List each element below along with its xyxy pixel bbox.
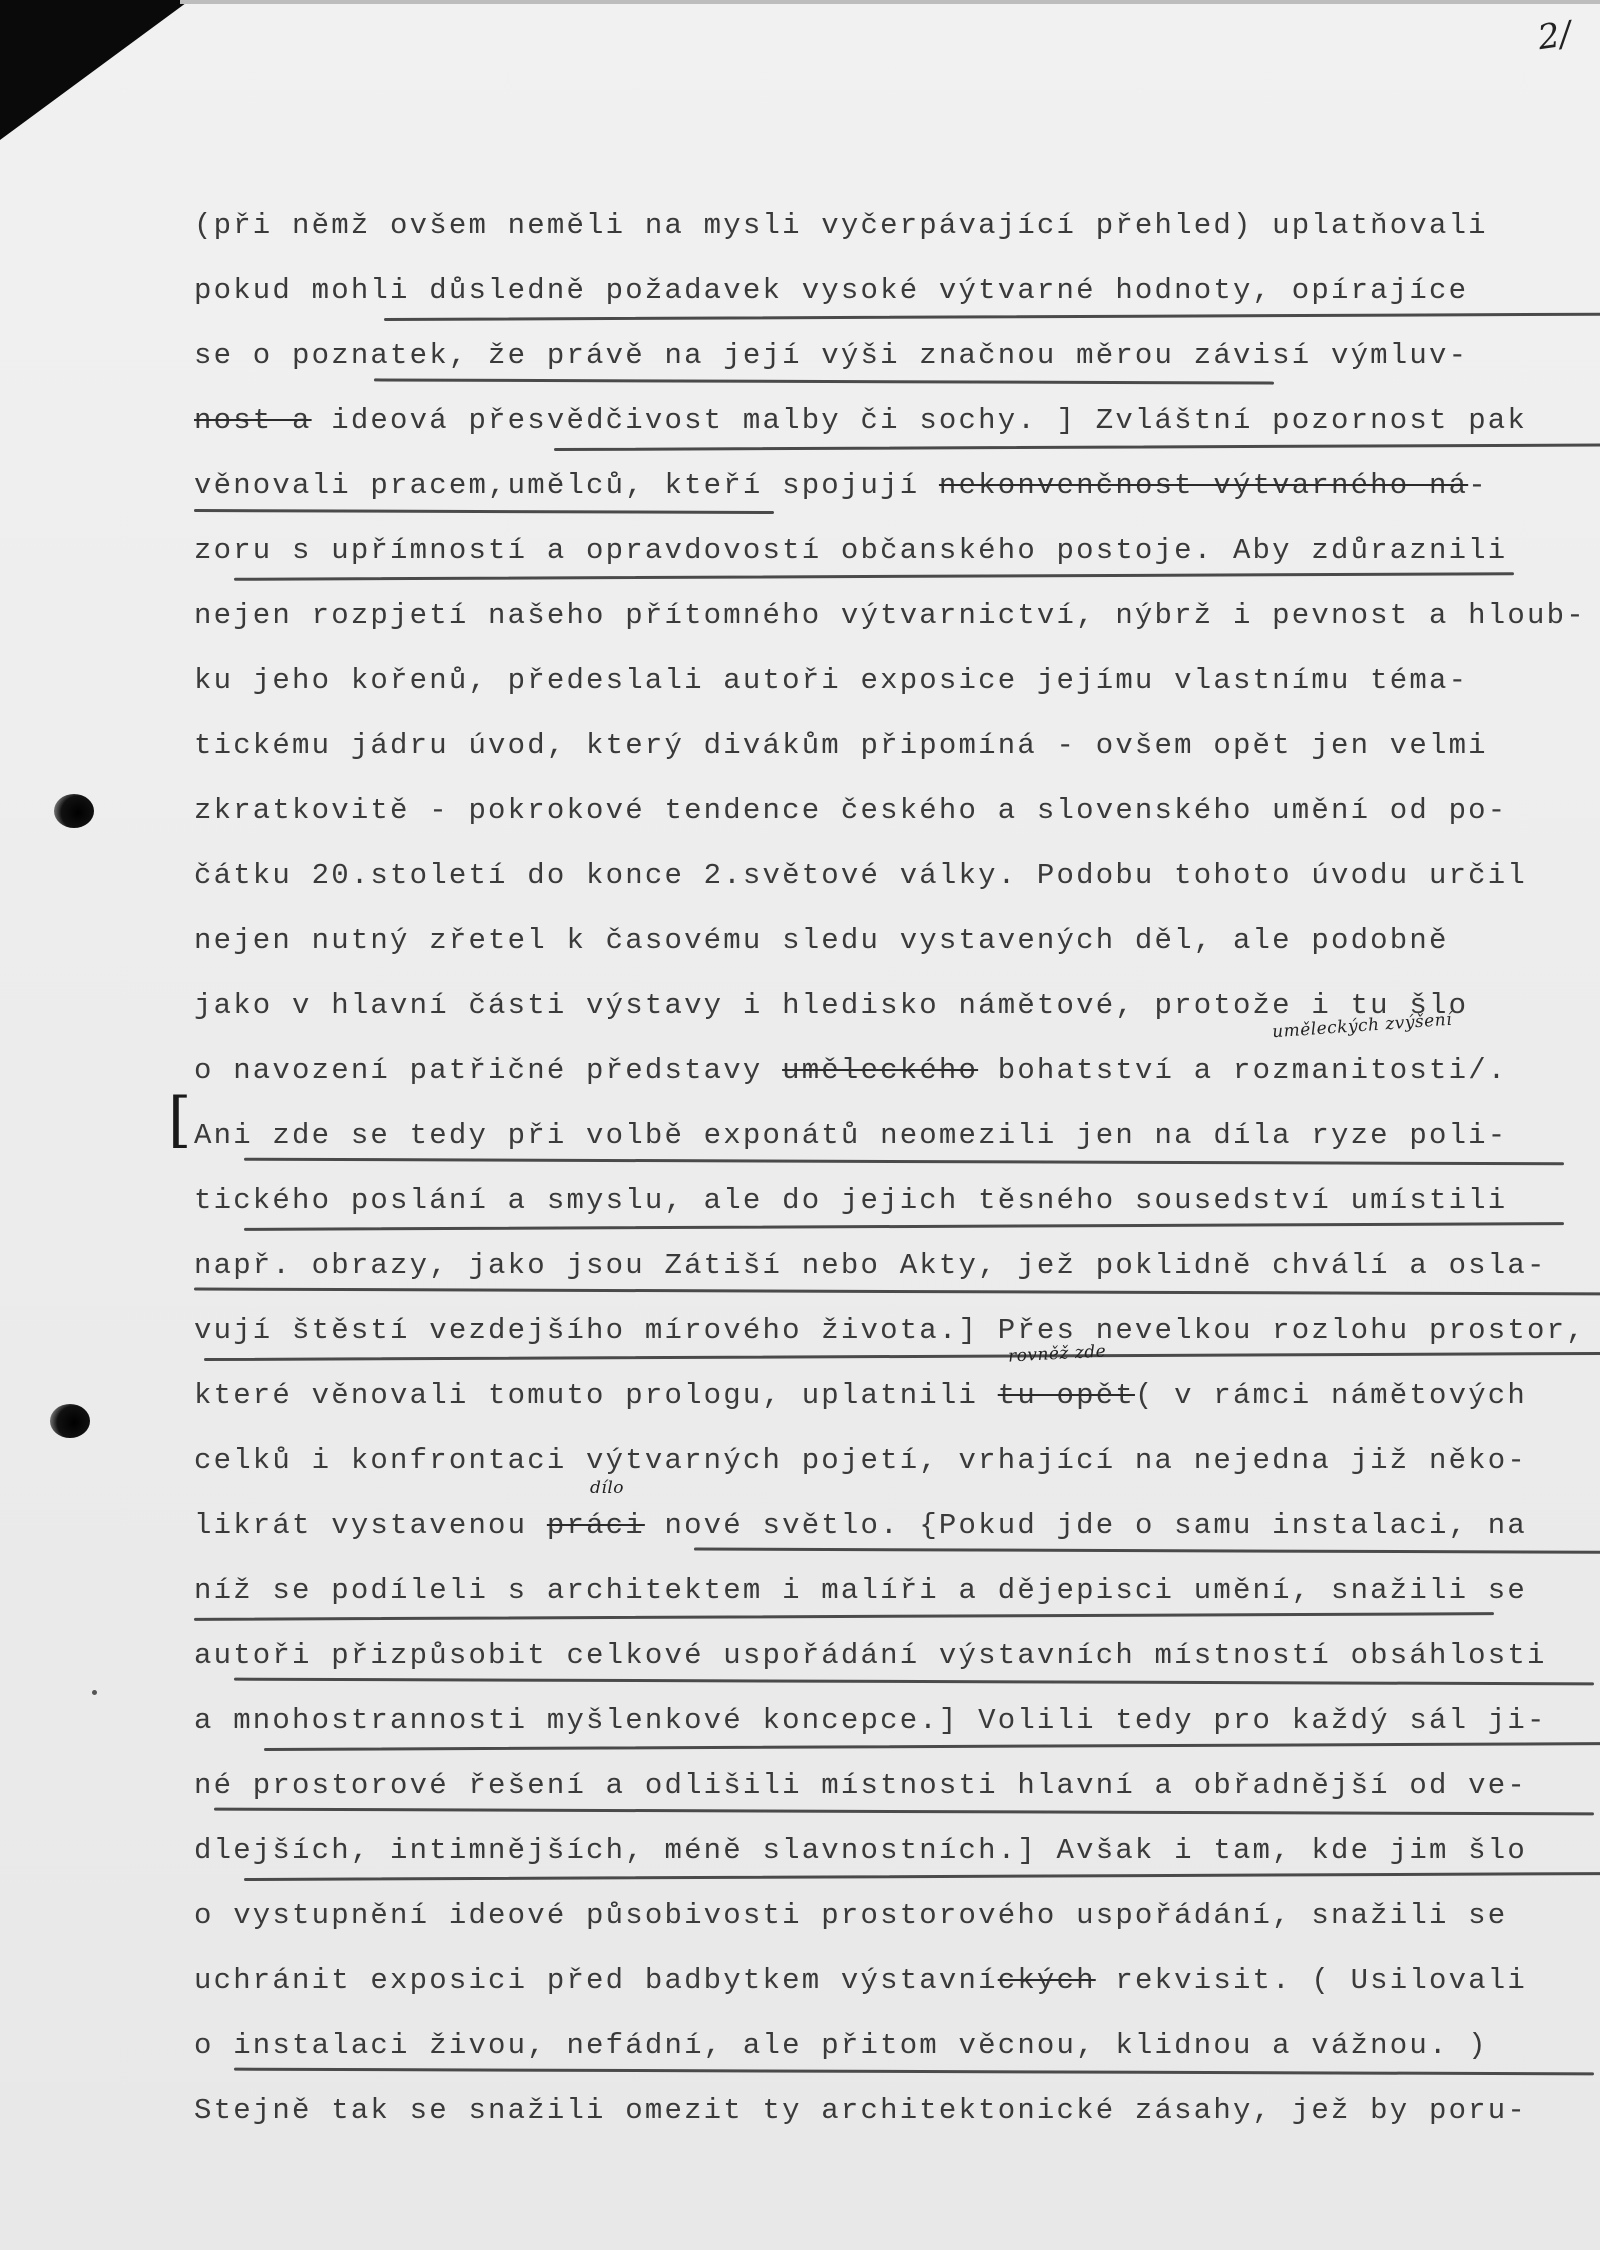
line-text: - bbox=[1468, 469, 1488, 502]
text-line: tického poslání a smyslu, ale do jejich … bbox=[194, 1175, 1594, 1240]
line-text: se o poznatek, že právě na její výši zna… bbox=[194, 339, 1468, 372]
line-text: Ani zde se tedy při volbě exponátů neome… bbox=[194, 1119, 1507, 1152]
line-text: vují štěstí vezdejšího mírového života.]… bbox=[194, 1314, 1586, 1347]
line-text: autoři přizpůsobit celkové uspořádání vý… bbox=[194, 1639, 1547, 1672]
bracket-open-icon: [ bbox=[168, 1098, 191, 1142]
line-text: a mnohostrannosti myšlenkové koncepce.] … bbox=[194, 1704, 1547, 1737]
struck-text: ckých bbox=[998, 1964, 1096, 1997]
line-text: né prostorové řešení a odlišili místnost… bbox=[194, 1769, 1527, 1802]
line-text: ( v rámci námětových bbox=[1135, 1379, 1527, 1412]
text-line: vují štěstí vezdejšího mírového života.]… bbox=[194, 1305, 1594, 1370]
line-text: (při němž ovšem neměli na mysli vyčerpáv… bbox=[194, 209, 1488, 242]
text-line: (při němž ovšem neměli na mysli vyčerpáv… bbox=[194, 200, 1594, 265]
line-text: Stejně tak se snažili omezit ty architek… bbox=[194, 2094, 1527, 2127]
punch-hole-icon bbox=[50, 1404, 90, 1438]
text-line: nejen rozpjetí našeho přítomného výtvarn… bbox=[194, 590, 1594, 655]
line-text: bohatství a rozmanitosti/. bbox=[978, 1054, 1507, 1087]
line-text: o vystupnění ideové působivosti prostoro… bbox=[194, 1899, 1507, 1932]
punch-hole-icon bbox=[54, 794, 94, 828]
text-line: o instalaci živou, nefádní, ale přitom v… bbox=[194, 2020, 1594, 2085]
text-line: které věnovali tomuto prologu, uplatnili… bbox=[194, 1370, 1594, 1435]
text-line: tickému jádru úvod, který divákům připom… bbox=[194, 720, 1594, 785]
text-line: celků i konfrontaci výtvarných pojetí, v… bbox=[194, 1435, 1594, 1500]
typewritten-body: (při němž ovšem neměli na mysli vyčerpáv… bbox=[194, 200, 1594, 2150]
text-line: věnovali pracem,umělců, kteří spojují ne… bbox=[194, 460, 1594, 525]
text-line: uchránit exposici před badbytkem výstavn… bbox=[194, 1955, 1594, 2020]
line-text: čátku 20.století do konce 2.světové válk… bbox=[194, 859, 1527, 892]
struck-text: nekonvenčnost výtvarného ná bbox=[939, 469, 1468, 502]
line-text: celků i konfrontaci výtvarných pojetí, v… bbox=[194, 1444, 1527, 1477]
line-text: likrát vystavenou bbox=[194, 1509, 547, 1542]
scan-corner-shadow bbox=[0, 0, 190, 140]
line-text: pokud mohli důsledně požadavek vysoké vý… bbox=[194, 274, 1468, 307]
text-line: níž se podíleli s architektem i malíři a… bbox=[194, 1565, 1594, 1630]
text-line: nost a ideová přesvědčivost malby či soc… bbox=[194, 395, 1594, 460]
line-text: o instalaci živou, nefádní, ale přitom v… bbox=[194, 2029, 1488, 2062]
struck-text: nost a bbox=[194, 404, 312, 437]
text-line: čátku 20.století do konce 2.světové válk… bbox=[194, 850, 1594, 915]
text-line: se o poznatek, že právě na její výši zna… bbox=[194, 330, 1594, 395]
text-line: ku jeho kořenů, předeslali autoři exposi… bbox=[194, 655, 1594, 720]
line-text: nejen rozpjetí našeho přítomného výtvarn… bbox=[194, 599, 1586, 632]
page-top-edge bbox=[180, 0, 1600, 4]
text-line: Ani zde se tedy při volbě exponátů neome… bbox=[194, 1110, 1594, 1175]
line-text: zkratkovitě - pokrokové tendence českého… bbox=[194, 794, 1507, 827]
text-line: např. obrazy, jako jsou Zátiší nebo Akty… bbox=[194, 1240, 1594, 1305]
document-page: 2/ (při němž ovšem neměli na mysli vyčer… bbox=[0, 0, 1600, 2250]
line-text: jako v hlavní části výstavy i hledisko n… bbox=[194, 989, 1468, 1022]
text-line: o vystupnění ideové působivosti prostoro… bbox=[194, 1890, 1594, 1955]
line-text: níž se podíleli s architektem i malíři a… bbox=[194, 1574, 1527, 1607]
line-text: o navození patřičné představy bbox=[194, 1054, 782, 1087]
text-line: autoři přizpůsobit celkové uspořádání vý… bbox=[194, 1630, 1594, 1695]
text-line: né prostorové řešení a odlišili místnost… bbox=[194, 1760, 1594, 1825]
text-line: nejen nutný zřetel k časovému sledu vyst… bbox=[194, 915, 1594, 980]
text-line: o navození patřičné představy uměleckého… bbox=[194, 1045, 1594, 1110]
line-text: věnovali pracem,umělců, kteří spojují bbox=[194, 469, 939, 502]
line-text: které věnovali tomuto prologu, uplatnili bbox=[194, 1379, 998, 1412]
line-text: nové světlo. {Pokud jde o samu instalaci… bbox=[645, 1509, 1527, 1542]
struck-text: tu opět bbox=[998, 1379, 1135, 1412]
text-line: Stejně tak se snažili omezit ty architek… bbox=[194, 2085, 1594, 2150]
line-text: rekvisit. ( Usilovali bbox=[1096, 1964, 1527, 1997]
text-line: zoru s upřímností a opravdovostí občansk… bbox=[194, 525, 1594, 590]
text-line: zkratkovitě - pokrokové tendence českého… bbox=[194, 785, 1594, 850]
text-line: likrát vystavenou práci nové světlo. {Po… bbox=[194, 1500, 1594, 1565]
ink-speck bbox=[92, 1690, 97, 1695]
line-text: uchránit exposici před badbytkem výstavn… bbox=[194, 1964, 998, 1997]
text-line: jako v hlavní části výstavy i hledisko n… bbox=[194, 980, 1594, 1045]
line-text: tickému jádru úvod, který divákům připom… bbox=[194, 729, 1488, 762]
line-text: tického poslání a smyslu, ale do jejich … bbox=[194, 1184, 1507, 1217]
line-text: nejen nutný zřetel k časovému sledu vyst… bbox=[194, 924, 1449, 957]
annotation-dilo: dílo bbox=[590, 1478, 624, 1498]
struck-text: uměleckého bbox=[782, 1054, 978, 1087]
line-text: ku jeho kořenů, předeslali autoři exposi… bbox=[194, 664, 1468, 697]
struck-text: práci bbox=[547, 1509, 645, 1542]
line-text: dlejších, intimnějších, méně slavnostníc… bbox=[194, 1834, 1527, 1867]
line-text: zoru s upřímností a opravdovostí občansk… bbox=[194, 534, 1507, 567]
handwritten-page-number: 2/ bbox=[1535, 14, 1573, 58]
line-text: např. obrazy, jako jsou Zátiší nebo Akty… bbox=[194, 1249, 1547, 1282]
line-text: ideová přesvědčivost malby či sochy. ] Z… bbox=[312, 404, 1527, 437]
